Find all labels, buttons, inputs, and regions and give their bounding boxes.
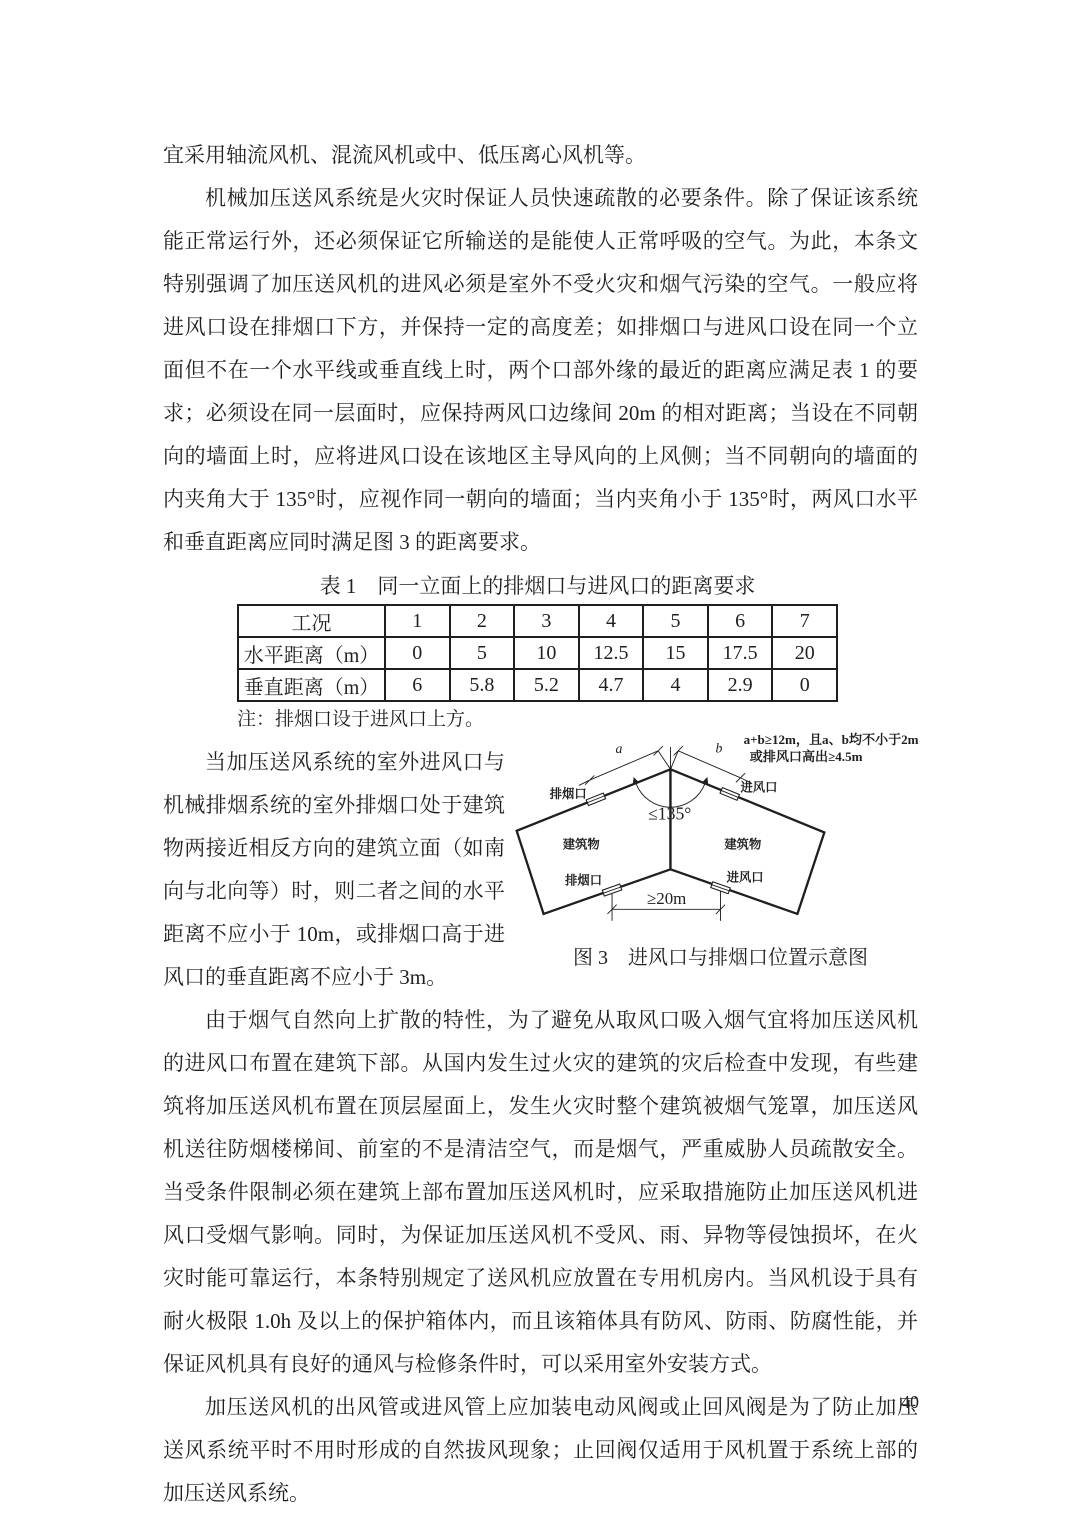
table-cell: 2 bbox=[450, 605, 515, 637]
dim-a-line bbox=[590, 751, 658, 780]
table-cell: 6 bbox=[708, 605, 773, 637]
table-cell: 6 bbox=[385, 669, 450, 701]
table-cell: 3 bbox=[514, 605, 579, 637]
table-cell: 10 bbox=[514, 637, 579, 669]
building-right-label: 建筑物 bbox=[723, 837, 762, 852]
paragraph-4: 由于烟气自然向上扩散的特性，为了避免从取风口吸入烟气宜将加压送风机的进风口布置在… bbox=[163, 999, 918, 1386]
dim-a-label: a bbox=[616, 741, 623, 756]
annotation-line2: 或排风口高出≥4.5m bbox=[750, 749, 863, 764]
paragraph-3: 当加压送风系统的室外进风口与机械排烟系统的室外排烟口处于建筑物两接近相反方向的建… bbox=[163, 741, 505, 999]
dim-b-witness bbox=[671, 751, 679, 769]
table-cell: 12.5 bbox=[579, 637, 644, 669]
text-figure-row: 当加压送风系统的室外进风口与机械排烟系统的室外排烟口处于建筑物两接近相反方向的建… bbox=[163, 741, 918, 999]
dim-b-tick bbox=[674, 746, 683, 755]
table-cell: 0 bbox=[385, 637, 450, 669]
building-left-label: 建筑物 bbox=[562, 837, 601, 852]
table-cell: 4.7 bbox=[579, 669, 644, 701]
table-row-header: 水平距离（m） bbox=[238, 637, 385, 669]
paragraph-5: 加压送风机的出风管或进风管上应加装电动风阀或止回风阀是为了防止加压送风系统平时不… bbox=[163, 1386, 918, 1515]
smoke-outlet-bottom-label: 排烟口 bbox=[564, 873, 602, 888]
table-cell: 4 bbox=[643, 669, 708, 701]
dim-a-extension bbox=[579, 780, 590, 785]
page-number: 40 bbox=[880, 1392, 940, 1413]
table-row-header: 垂直距离（m） bbox=[238, 669, 385, 701]
document-page: 宜采用轴流风机、混流风机或中、低压离心风机等。 机械加压送风系统是火灾时保证人员… bbox=[0, 0, 1080, 1527]
bottom-dim-label: ≥20m bbox=[647, 889, 686, 908]
figure-3: a b ≤135° a+b≥12m，且a、b均不小于2m 或排风口高出≥ bbox=[505, 727, 918, 999]
smoke-outlet-top-label: 排烟口 bbox=[549, 786, 587, 801]
dim-a-witness bbox=[658, 751, 670, 769]
dim-a-tick bbox=[654, 746, 663, 755]
distance-table: 工况 1 2 3 4 5 6 7 水平距离（m） 0 5 10 12.5 15 … bbox=[237, 604, 838, 702]
dim-b-label: b bbox=[716, 740, 723, 755]
table-row-header: 工况 bbox=[238, 605, 385, 637]
table-row: 水平距离（m） 0 5 10 12.5 15 17.5 20 bbox=[238, 637, 837, 669]
table-cell: 15 bbox=[643, 637, 708, 669]
table-cell: 0 bbox=[772, 669, 837, 701]
paragraph-1: 宜采用轴流风机、混流风机或中、低压离心风机等。 bbox=[163, 134, 918, 177]
table-row: 垂直距离（m） 6 5.8 5.2 4.7 4 2.9 0 bbox=[238, 669, 837, 701]
figure-caption: 图 3 进风口与排烟口位置示意图 bbox=[505, 941, 936, 970]
table-cell: 2.9 bbox=[708, 669, 773, 701]
table-cell: 4 bbox=[579, 605, 644, 637]
table-cell: 5 bbox=[450, 637, 515, 669]
dim-a-tick bbox=[585, 775, 594, 784]
dim-b-line bbox=[678, 751, 740, 778]
table-cell: 1 bbox=[385, 605, 450, 637]
paragraph-2: 机械加压送风系统是火灾时保证人员快速疏散的必要条件。除了保证该系统能正常运行外，… bbox=[163, 177, 918, 564]
table-cell: 5.8 bbox=[450, 669, 515, 701]
air-inlet-top-label: 进风口 bbox=[741, 780, 778, 795]
page-content: 宜采用轴流风机、混流风机或中、低压离心风机等。 机械加压送风系统是火灾时保证人员… bbox=[163, 134, 918, 1515]
table-cell: 5 bbox=[643, 605, 708, 637]
air-inlet-bottom-label: 进风口 bbox=[727, 870, 764, 885]
table-title: 表 1 同一立面上的排烟口与进风口的距离要求 bbox=[237, 570, 838, 602]
table-row: 工况 1 2 3 4 5 6 7 bbox=[238, 605, 837, 637]
table-cell: 5.2 bbox=[514, 669, 579, 701]
figure-diagram: a b ≤135° a+b≥12m，且a、b均不小于2m 或排风口高出≥ bbox=[505, 727, 936, 927]
table-cell: 20 bbox=[772, 637, 837, 669]
angle-label: ≤135° bbox=[648, 803, 691, 823]
annotation-line1: a+b≥12m，且a、b均不小于2m bbox=[744, 732, 919, 748]
table-cell: 7 bbox=[772, 605, 837, 637]
table-cell: 17.5 bbox=[708, 637, 773, 669]
